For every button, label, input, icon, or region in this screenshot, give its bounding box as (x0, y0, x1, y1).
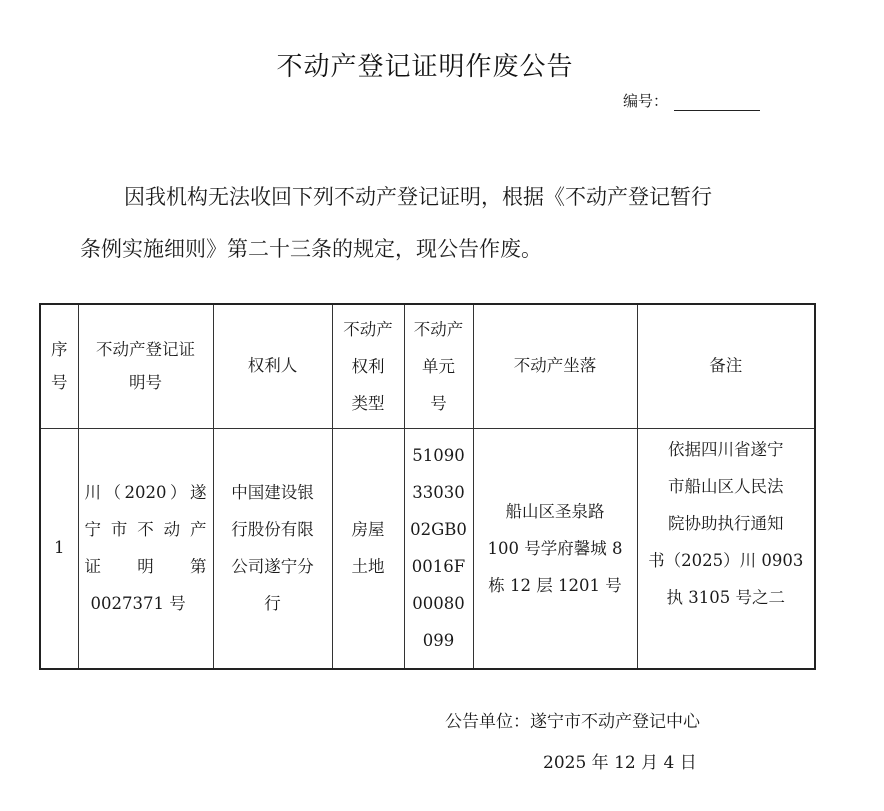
header-unit-no: 不动产 单元 号 (404, 304, 473, 428)
header-remarks: 备注 (637, 304, 815, 428)
header-seq: 序 号 (40, 304, 78, 428)
cell-seq: 1 (40, 428, 78, 669)
header-holder: 权利人 (213, 304, 332, 428)
notice-paragraph-line-2: 条例实施细则》第二十三条的规定，现公告作废。 (80, 233, 542, 263)
table-header-row: 序 号 不动产登记证 明号 权利人 不动产 权利 类型 不动产 单元 号 不动产… (40, 304, 815, 428)
serial-blank-line (674, 96, 760, 111)
issuer-label: 公告单位： (445, 712, 530, 732)
issuer-name: 遂宁市不动产登记中心 (530, 712, 700, 732)
cell-unit-no: 51090 33030 02GB0 0016F 00080 099 (404, 428, 473, 669)
table-row: 1 川（2020）遂 宁市不动产 证 明 第 0027371 号 中国建设银 行… (40, 428, 815, 669)
cell-right-type: 房屋 土地 (332, 428, 404, 669)
notice-paragraph-line-1: 因我机构无法收回下列不动产登记证明，根据《不动产登记暂行 (124, 181, 712, 211)
voided-certificates-table: 序 号 不动产登记证 明号 权利人 不动产 权利 类型 不动产 单元 号 不动产… (39, 303, 816, 670)
cell-remarks: 依据四川省遂宁 市船山区人民法 院协助执行通知 书（2025）川 0903 执 … (637, 428, 815, 669)
header-cert-no: 不动产登记证 明号 (78, 304, 213, 428)
serial-label: 编号： (623, 90, 668, 111)
cell-holder: 中国建设银 行股份有限 公司遂宁分 行 (213, 428, 332, 669)
header-right-type: 不动产 权利 类型 (332, 304, 404, 428)
header-location: 不动产坐落 (473, 304, 637, 428)
issuing-organization: 公告单位：遂宁市不动产登记中心 (445, 707, 700, 732)
document-title: 不动产登记证明作废公告 (0, 46, 850, 83)
cell-cert-no: 川（2020）遂 宁市不动产 证 明 第 0027371 号 (78, 428, 213, 669)
notice-date: 2025 年 12 月 4 日 (543, 748, 697, 773)
cell-location: 船山区圣泉路 100 号学府馨城 8 栋 12 层 1201 号 (473, 428, 637, 669)
serial-number: 编号： (623, 90, 760, 111)
